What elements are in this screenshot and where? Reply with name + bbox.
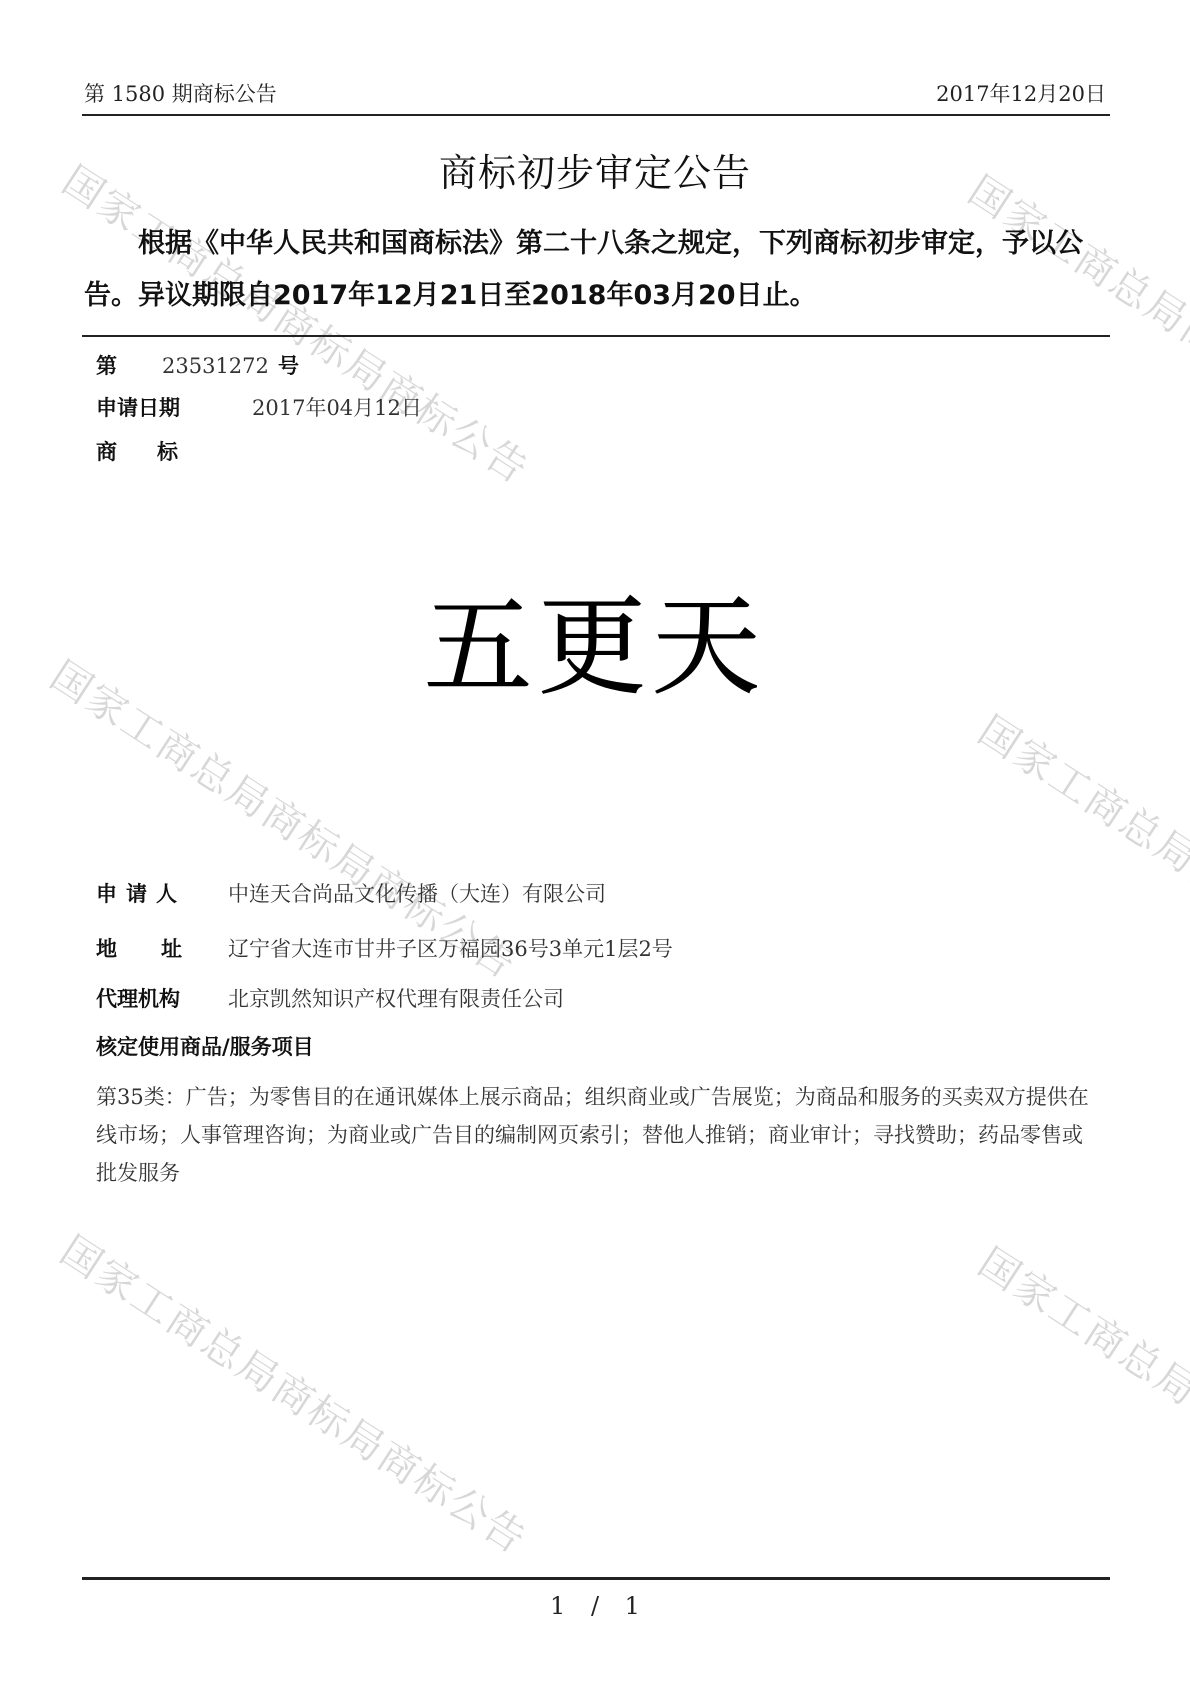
application-date-row: 申请日期2017年04月12日 xyxy=(96,392,422,422)
agent-value: 北京凯然知识产权代理有限责任公司 xyxy=(228,987,564,1011)
watermark: 国家工商总局商标局商标公告 xyxy=(969,700,1190,1045)
header-date: 2017年12月20日 xyxy=(936,78,1106,108)
goods-services-list: 第35类：广告；为零售目的在通讯媒体上展示商品；组织商业或广告展览；为商品和服务… xyxy=(96,1078,1096,1192)
application-date-label: 申请日期 xyxy=(96,392,252,422)
reg-number: 23531272 xyxy=(162,354,278,378)
watermark: 国家工商总局商标局商标公告 xyxy=(959,160,1190,505)
reg-prefix-label: 第 xyxy=(96,350,162,380)
reg-suffix-label: 号 xyxy=(278,350,299,380)
goods-services-heading: 核定使用商品/服务项目 xyxy=(96,1031,314,1061)
agent-label: 代理机构 xyxy=(96,983,228,1013)
header-issue: 第 1580 期商标公告 xyxy=(84,78,277,108)
page-title: 商标初步审定公告 xyxy=(0,142,1190,197)
applicant-label: 申请人 xyxy=(96,878,228,908)
intro-paragraph: 根据《中华人民共和国商标法》第二十八条之规定，下列商标初步审定，予以公告。异议期… xyxy=(84,218,1114,322)
trademark-image: 五更天 xyxy=(0,560,1190,715)
watermark: 国家工商总局商标局商标公告 xyxy=(51,1220,540,1565)
watermark: 国家工商总局商标局商标公告 xyxy=(969,1232,1190,1577)
address-row: 地址辽宁省大连市甘井子区万福园36号3单元1层2号 xyxy=(96,933,673,963)
section-divider xyxy=(82,335,1110,337)
applicant-value: 中连天合尚品文化传播（大连）有限公司 xyxy=(228,882,606,906)
document-page: 国家工商总局商标局商标公告 国家工商总局商标局商标公告 国家工商总局商标局商标公… xyxy=(0,0,1190,1684)
address-label: 地址 xyxy=(96,933,228,963)
agent-row: 代理机构北京凯然知识产权代理有限责任公司 xyxy=(96,983,564,1013)
registration-number-row: 第23531272号 xyxy=(96,350,299,380)
header-divider xyxy=(82,114,1110,116)
applicant-row: 申请人中连天合尚品文化传播（大连）有限公司 xyxy=(96,878,606,908)
address-value: 辽宁省大连市甘井子区万福园36号3单元1层2号 xyxy=(228,937,673,961)
application-date-value: 2017年04月12日 xyxy=(252,396,422,420)
footer-divider xyxy=(82,1577,1110,1580)
trademark-label: 商标 xyxy=(96,436,218,466)
page-number: 1 / 1 xyxy=(0,1592,1190,1620)
trademark-row: 商标 xyxy=(96,436,218,466)
